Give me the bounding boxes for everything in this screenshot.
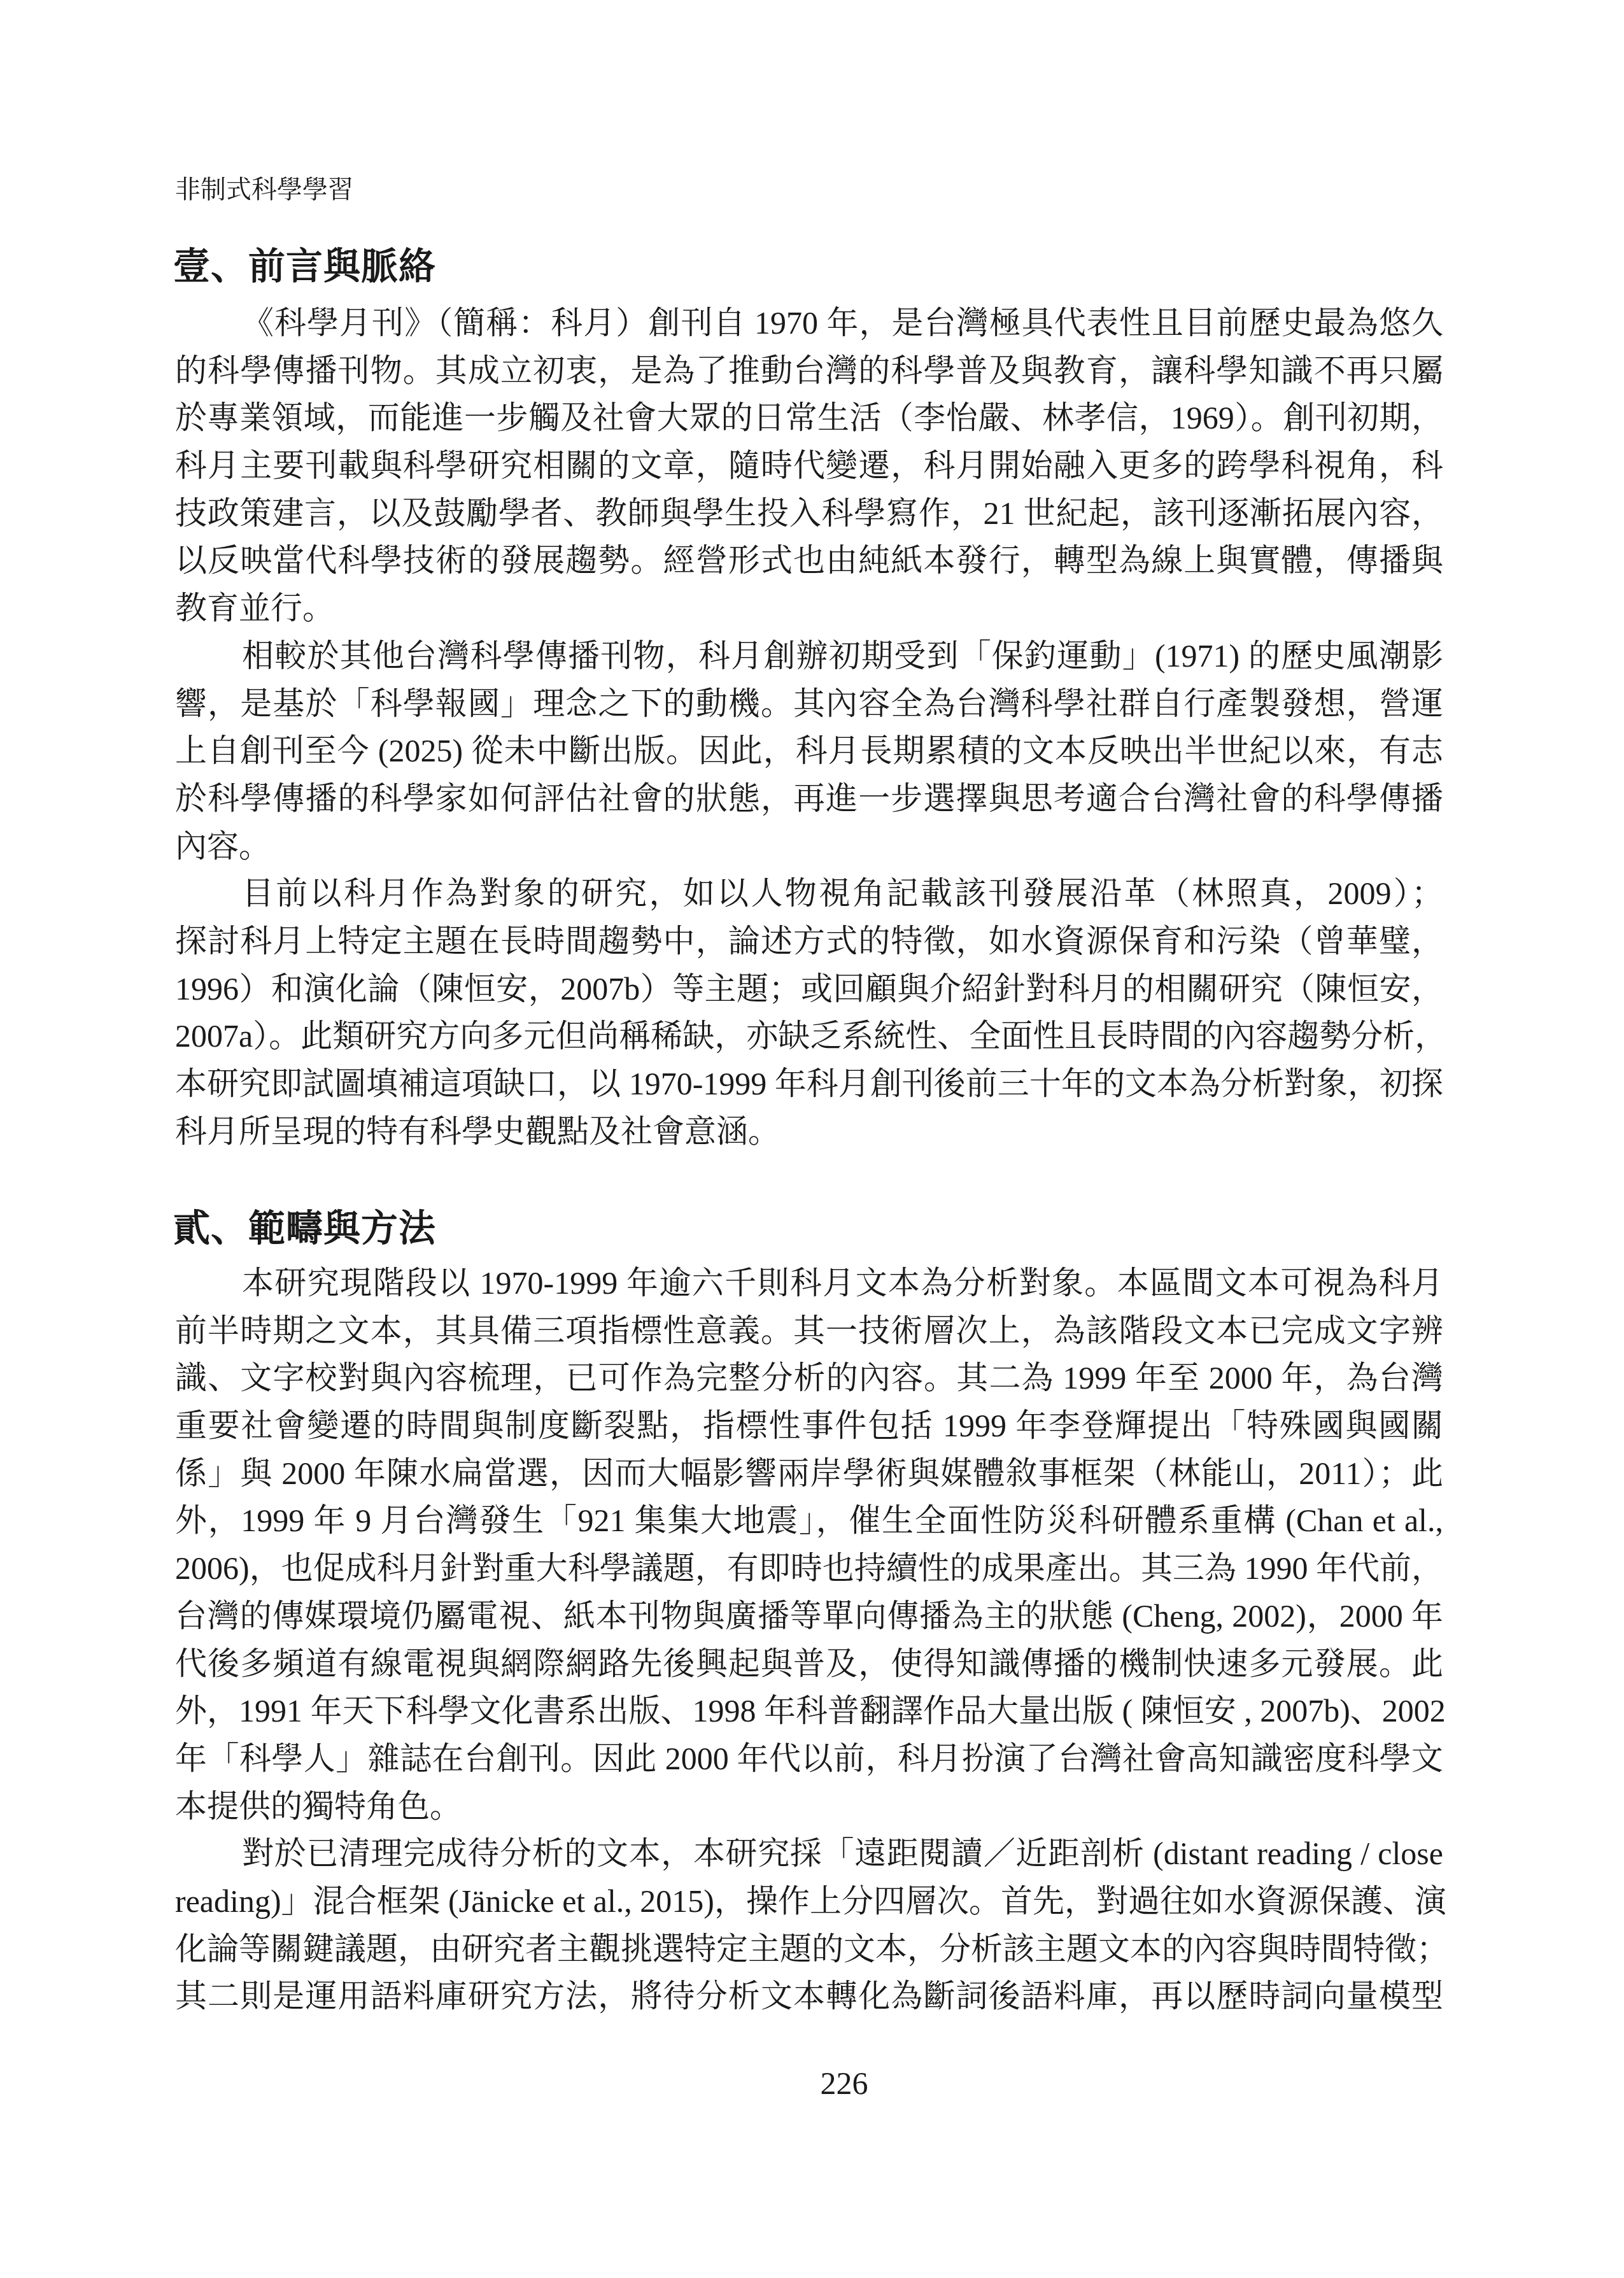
paragraph-line: 相較於其他台灣科學傳播刊物，科月創辦初期受到「保釣運動」(1971) 的歷史風潮… [242,637,1443,675]
paragraph-line: 前半時期之文本，其具備三項指標性意義。其一技術層次上，為該階段文本已完成文字辨 [175,1312,1443,1350]
paragraph-line: 於科學傳播的科學家如何評估社會的狀態，再進一步選擇與思考適合台灣社會的科學傳播 [175,779,1443,817]
paragraph-line: 識、文字校對與內容梳理，已可作為完整分析的內容。其二為 1999 年至 2000… [175,1359,1443,1397]
paragraph-line: 1996）和演化論（陳恒安，2007b）等主題；或回顧與介紹針對科月的相關研究（… [175,970,1443,1008]
paragraph-line: 2007a）。此類研究方向多元但尚稱稀缺，亦缺乏系統性、全面性且長時間的內容趨勢… [175,1017,1443,1055]
section-heading-scope-and-methods: 貳、範疇與方法 [173,1208,436,1249]
paragraph-line: 技政策建言，以及鼓勵學者、教師與學生投入科學寫作，21 世紀起，該刊逐漸拓展內容… [175,494,1443,532]
paragraph-line: 以反映當代科學技術的發展趨勢。經營形式也由純紙本發行，轉型為線上與實體，傳播與 [175,541,1443,579]
paragraph-line: 上自創刊至今 (2025) 從未中斷出版。因此，科月長期累積的文本反映出半世紀以… [175,732,1443,770]
paragraph-line: 外，1991 年天下科學文化書系出版、1998 年科普翻譯作品大量出版 ( 陳恒… [175,1692,1443,1730]
paragraph-line: 探討科月上特定主題在長時間趨勢中，論述方式的特徵，如水資源保育和污染（曾華璧， [175,922,1443,960]
paragraph-line: 科月所呈現的特有科學史觀點及社會意涵。 [175,1112,1443,1150]
paragraph-line: 年「科學人」雜誌在台創刊。因此 2000 年代以前，科月扮演了台灣社會高知識密度… [175,1739,1443,1778]
section-heading-introduction: 壹、前言與脈絡 [173,246,436,287]
paragraph-line: 本研究即試圖填補這項缺口，以 1970-1999 年科月創刊後前三十年的文本為分… [175,1065,1443,1103]
paragraph-line: 本研究現階段以 1970-1999 年逾六千則科月文本為分析對象。本區間文本可視… [242,1264,1443,1302]
paragraph-line: 2006)，也促成科月針對重大科學議題，有即時也持續性的成果產出。其三為 199… [175,1549,1443,1587]
paragraph-line: 於專業領域，而能進一步觸及社會大眾的日常生活（李怡嚴、林孝信，1969）。創刊初… [175,399,1443,437]
paragraph-line: 化論等關鍵議題，由研究者主觀挑選特定主題的文本，分析該主題文本的內容與時間特徵； [175,1930,1443,1968]
paragraph-line: 對於已清理完成待分析的文本，本研究採「遠距閱讀／近距剖析 (distant re… [242,1834,1443,1872]
paragraph-line: 科月主要刊載與科學研究相關的文章，隨時代變遷，科月開始融入更多的跨學科視角，科 [175,446,1443,485]
paragraph-line: 代後多頻道有線電視與網際網路先後興起與普及，使得知識傳播的機制快速多元發展。此 [175,1645,1443,1683]
running-head: 非制式科學學習 [175,174,353,205]
paragraph-line: 教育並行。 [175,589,1443,627]
paragraph-line: 外，1999 年 9 月台灣發生「921 集集大地震」，催生全面性防災科研體系重… [175,1501,1443,1539]
paragraph-line: 《科學月刊》（簡稱：科月）創刊自 1970 年，是台灣極具代表性且目前歷史最為悠… [242,304,1443,342]
paragraph-line: 本提供的獨特角色。 [175,1787,1443,1825]
page-number: 226 [780,2065,908,2101]
paragraph-line: reading)」混合框架 (Jänicke et al., 2015)，操作上… [175,1882,1443,1920]
paragraph-line: 的科學傳播刊物。其成立初衷，是為了推動台灣的科學普及與教育，讓科學知識不再只屬 [175,351,1443,390]
paragraph-line: 其二則是運用語料庫研究方法，將待分析文本轉化為斷詞後語料庫，再以歷時詞向量模型 [175,1977,1443,2015]
paragraph-line: 目前以科月作為對象的研究，如以人物視角記載該刊發展沿革（林照真，2009）； [242,874,1443,912]
paragraph-line: 台灣的傳媒環境仍屬電視、紙本刊物與廣播等單向傳播為主的狀態 (Cheng, 20… [175,1597,1443,1635]
paragraph-line: 響，是基於「科學報國」理念之下的動機。其內容全為台灣科學社群自行產製發想，營運 [175,684,1443,723]
paragraph-line: 係」與 2000 年陳水扁當選，因而大幅影響兩岸學術與媒體敘事框架（林能山，20… [175,1454,1443,1492]
paragraph-line: 重要社會變遷的時間與制度斷裂點，指標性事件包括 1999 年李登輝提出「特殊國與… [175,1406,1443,1445]
paragraph-line: 內容。 [175,827,1443,865]
